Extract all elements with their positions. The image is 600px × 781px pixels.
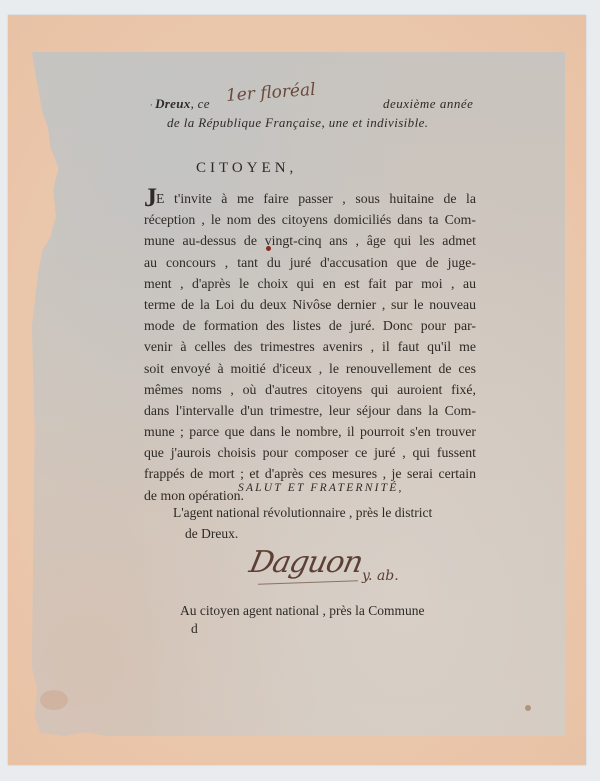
signature: Daguon xyxy=(246,545,365,580)
header-ce: , ce xyxy=(191,96,210,111)
header-place: · Dreux, ce xyxy=(150,96,210,112)
body-line: que j'aurois choisis pour composer ce ju… xyxy=(144,442,476,463)
body-line: JE t'invite à me faire passer , sous hui… xyxy=(144,188,476,209)
signature-flourish xyxy=(258,580,358,584)
header-republic: de la République Française, une et indiv… xyxy=(167,115,428,131)
handwritten-date: 1er floréal xyxy=(225,80,316,106)
foxing-stain xyxy=(40,690,68,710)
header-place-name: Dreux xyxy=(155,96,190,111)
body-line: mode de formation des listes de juré. Do… xyxy=(144,315,476,336)
body-line: soit envoyé à moitié d'iceux , le renouv… xyxy=(144,358,476,379)
header-year: deuxième année xyxy=(383,96,473,112)
body-line: au concours , tant du juré d'accusation … xyxy=(144,252,476,273)
body-line: terme de la Loi du deux Nivôse dernier ,… xyxy=(144,294,476,315)
body-line: dans l'intervalle d'un trimestre, leur s… xyxy=(144,400,476,421)
body-line: ment , d'après le choix qui en est fait … xyxy=(144,273,476,294)
letter-body: JE t'invite à me faire passer , sous hui… xyxy=(144,188,476,506)
body-line: mêmes noms , où d'autres citoyens qui au… xyxy=(144,379,476,400)
ink-spot xyxy=(266,246,271,251)
signature-suffix: y. ab. xyxy=(362,568,399,584)
foxing-stain xyxy=(525,705,531,711)
body-line: mune au-dessus de vingt-cinq ans , âge q… xyxy=(144,230,476,251)
address-commune: d xyxy=(191,621,198,637)
closing-salut: SALUT ET FRATERNITÉ, xyxy=(238,482,404,494)
dropcap: J xyxy=(144,183,156,212)
salutation: CITOYEN, xyxy=(196,160,297,177)
body-line: venir à celles des trimestres avenirs , … xyxy=(144,336,476,357)
signatory-district: de Dreux. xyxy=(185,526,238,542)
address-recipient: Au citoyen agent national , près la Comm… xyxy=(180,603,470,619)
signatory-title: L'agent national révolutionnaire , près … xyxy=(173,505,468,521)
body-line: mune ; parce que dans le nombre, il pour… xyxy=(144,421,476,442)
document-content: · Dreux, ce 1er floréal deuxième année d… xyxy=(0,0,600,781)
body-line: réception , le nom des citoyens domicili… xyxy=(144,209,476,230)
